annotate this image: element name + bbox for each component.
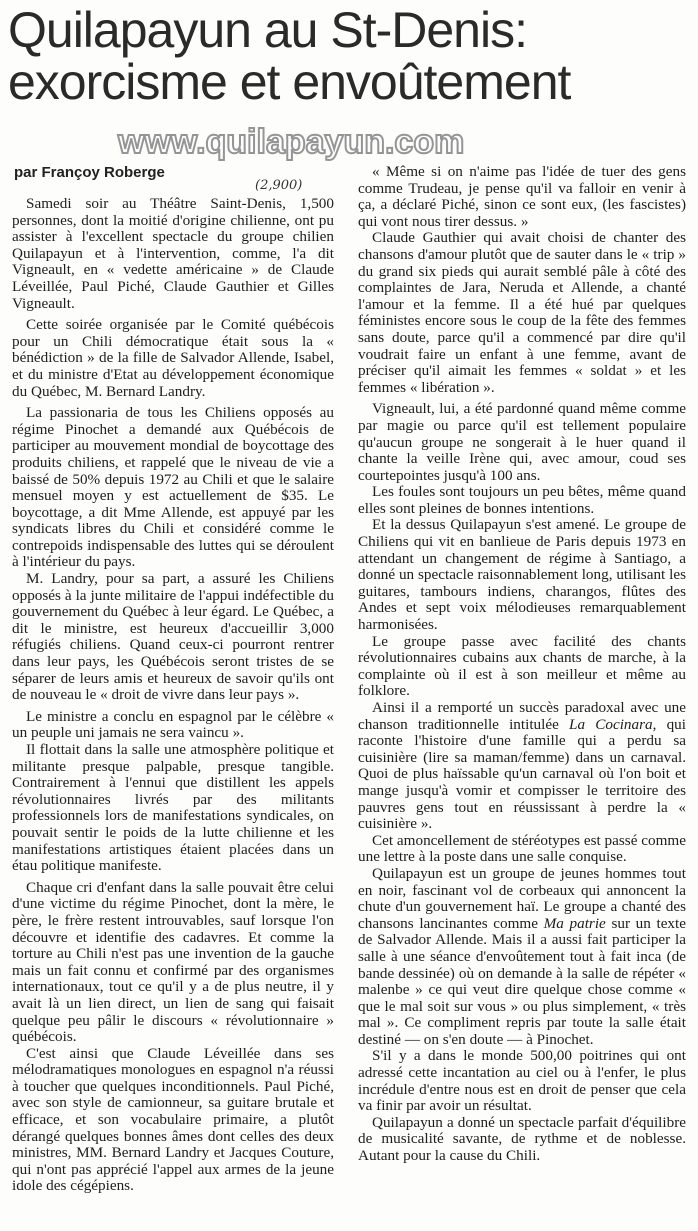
left-column: Samedi soir au Théâtre Saint-Denis, 1,50… (12, 196, 334, 1200)
paragraph: Samedi soir au Théâtre Saint-Denis, 1,50… (12, 196, 334, 312)
watermark: www.quilapayun.com (118, 124, 464, 160)
paragraph: La passionaria de tous les Chiliens oppo… (12, 405, 334, 571)
paragraph: Quilapayun a donné un spectacle parfait … (358, 1115, 686, 1165)
headline-line-2: exorcisme et envoûtement (8, 56, 698, 108)
paragraph: « Même si on n'aime pas l'idée de tuer d… (358, 164, 686, 230)
paragraph: Et la dessus Quilapayun s'est amené. Le … (358, 517, 686, 633)
paragraph: Chaque cri d'enfant dans la salle pouvai… (12, 880, 334, 1046)
text: sur un texte de Salvador Allende. Mais i… (358, 915, 686, 1048)
paragraph-ma-patrie: Quilapayun est un groupe de jeunes homme… (358, 866, 686, 1049)
paragraph-la-cocinara: Ainsi il a remporté un succès paradoxal … (358, 700, 686, 833)
headline: Quilapayun au St-Denis: exorcisme et env… (8, 4, 698, 108)
paragraph: Il flottait dans la salle une atmosphère… (12, 742, 334, 875)
song-title: Ma patrie (544, 915, 606, 932)
paragraph: S'il y a dans le monde 500,00 poitrines … (358, 1048, 686, 1114)
paragraph: M. Landry, pour sa part, a assuré les Ch… (12, 571, 334, 704)
right-column: « Même si on n'aime pas l'idée de tuer d… (358, 164, 686, 1165)
paragraph: Vigneault, lui, a été pardonné quand mêm… (358, 401, 686, 484)
text: , qui raconte l'histoire d'une famille q… (358, 716, 686, 833)
paragraph: Cet amoncellement de stéréotypes est pas… (358, 833, 686, 866)
paragraph: C'est ainsi que Claude Léveillée dans se… (12, 1046, 334, 1195)
paragraph: Claude Gauthier qui avait choisi de chan… (358, 230, 686, 396)
byline: par Françoy Roberge (14, 164, 165, 181)
paragraph: Cette soirée organisée par le Comité qué… (12, 317, 334, 400)
paragraph: Le groupe passe avec facilité des chants… (358, 634, 686, 700)
headline-line-1: Quilapayun au St-Denis: (8, 4, 698, 56)
song-title: La Cocinara (569, 716, 653, 733)
paragraph: Le ministre a conclu en espagnol par le … (12, 709, 334, 742)
paragraph: Les foules sont toujours un peu bêtes, m… (358, 484, 686, 517)
word-count-note: (2,900) (255, 178, 302, 193)
